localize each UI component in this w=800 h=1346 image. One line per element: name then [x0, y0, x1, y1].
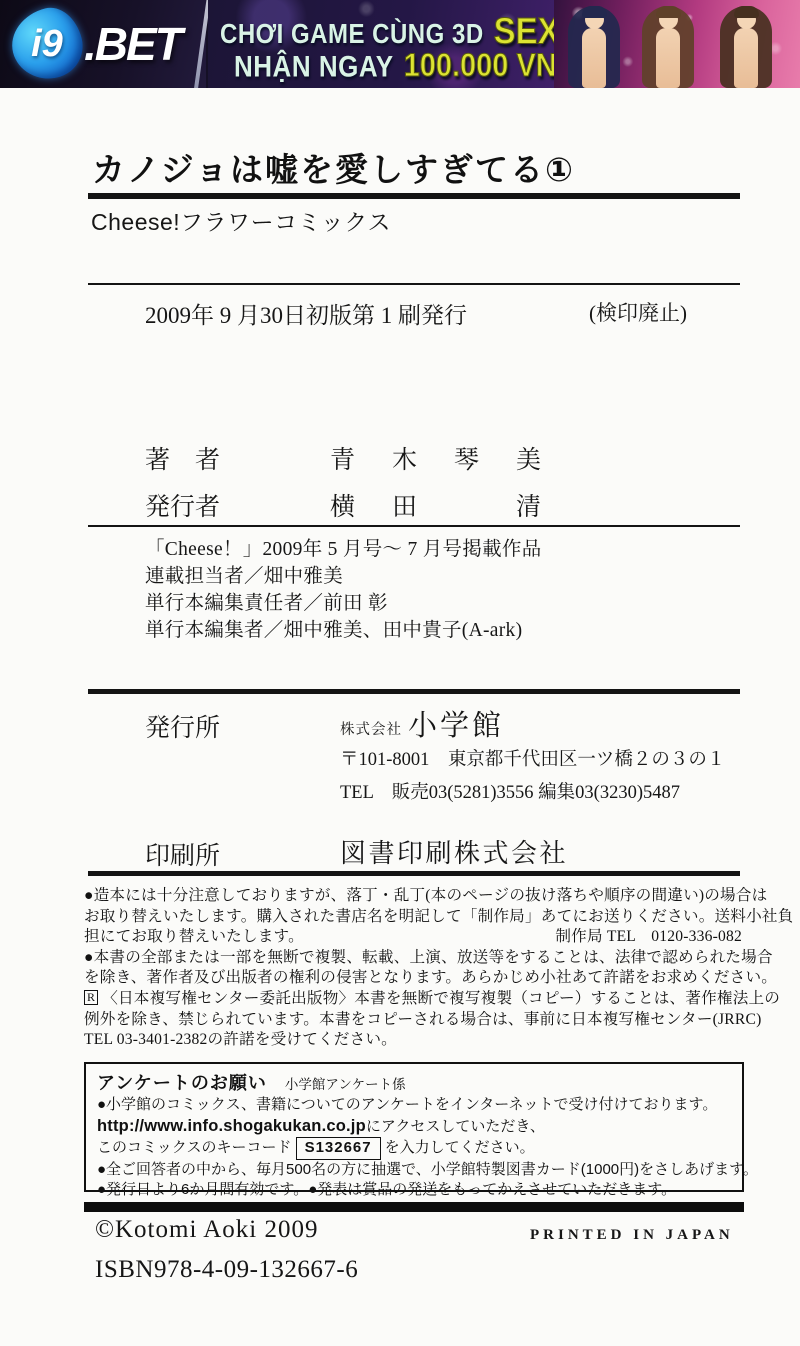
divider-thin-credits — [88, 525, 740, 527]
r-mark-icon: R — [84, 990, 98, 1005]
printed-in-japan: PRINTED IN JAPAN — [530, 1227, 734, 1244]
magazine-run: 「Cheese！」2009年 5 月号～ 7 月号掲載作品 — [145, 536, 542, 563]
series-label: Cheese!フラワーコミックス — [91, 204, 391, 237]
survey-box: アンケートのお願い 小学館アンケート係 ●小学館のコミックス、書籍についてのアン… — [84, 1062, 744, 1192]
divider-thick-publisher — [88, 689, 740, 694]
publisher-person-name: 横 田 清 — [330, 487, 547, 523]
legal-line: お取り替えいたします。購入された書店名を明記して「制作局」あてにお送りください。… — [84, 907, 746, 928]
keycode-post: を入力してください。 — [385, 1139, 535, 1156]
i9bet-logo-icon: i9 — [5, 2, 90, 87]
legal-line: R〈日本複写権センター委託出版物〉本書を無断で複写複製（コピー）することは、著作… — [84, 989, 746, 1010]
serial-editor: 連載担当者／畑中雅美 — [145, 563, 542, 590]
legal-line: 担にてお取り替えいたします。 制作局 TEL 0120-336-082 — [84, 927, 746, 948]
credit-author-row: 著 者 青 木 琴 美 — [145, 440, 547, 476]
promo-text-2: NHẬN NGAY — [234, 49, 394, 85]
divider-bar-footer — [84, 1202, 744, 1212]
print-date: 2009年 9 月30日初版第 1 刷発行 — [145, 297, 467, 330]
survey-url-tail: にアクセスしていただき、 — [366, 1118, 545, 1135]
colophon-page: i9 .BET CHƠI GAME CÙNG 3D SEXY GIRL NHẬN… — [0, 0, 800, 1346]
keycode-pre: このコミックスのキーコード — [97, 1139, 292, 1156]
survey-line-5: ●発行日より6か月間有効です。●発表は賞品の発送をもってかえさせていただきます。 — [97, 1180, 731, 1201]
legal-line: を除き、著作者及び出版者の権利の侵害となります。あらかじめ小社あて許諾をお求めく… — [84, 968, 746, 989]
ad-anime-girls-image[interactable] — [554, 0, 800, 88]
publisher-label: 発行所 — [145, 708, 220, 744]
legal-line: TEL 03-3401-2382の許諾を受けてください。 — [84, 1030, 746, 1051]
credit-publisher-row: 発行者 横 田 清 — [145, 487, 547, 523]
ad-promo-text-area[interactable]: CHƠI GAME CÙNG 3D SEXY GIRL NHẬN NGAY 10… — [208, 0, 560, 88]
print-date-row: 2009年 9 月30日初版第 1 刷発行 (検印廃止) — [145, 297, 745, 330]
survey-line-4: ●全ご回答者の中から、毎月500名の方に抽選で、小学館特製図書カード(1000円… — [97, 1160, 731, 1181]
ad-banner[interactable]: i9 .BET CHƠI GAME CÙNG 3D SEXY GIRL NHẬN… — [0, 0, 800, 88]
logo-i9-text: i9 — [31, 23, 63, 66]
anime-girl-figure — [638, 6, 700, 88]
legal-notice: ●造本には十分注意しておりますが、落丁・乱丁(本のページの抜け落ちや順序の間違い… — [84, 886, 746, 1051]
author-name: 青 木 琴 美 — [330, 440, 547, 476]
publisher-person-label: 発行者 — [145, 487, 330, 523]
company-name: 小学館 — [408, 703, 504, 744]
legal-line: ●本書の全部または一部を無断で複製、転載、上演、放送等をすることは、法律で認めら… — [84, 948, 746, 969]
legal-line: 例外を除き、禁じられています。本書をコピーされる場合は、事前に日本複写権センター… — [84, 1010, 746, 1031]
survey-title: アンケートのお願い — [97, 1069, 267, 1095]
author-label: 著 者 — [145, 440, 330, 476]
divider-thin-top — [88, 283, 740, 285]
seisaku-tel: 制作局 TEL 0120-336-082 — [555, 927, 742, 948]
keycode-value: S132667 — [296, 1137, 381, 1160]
printer-label: 印刷所 — [145, 836, 220, 872]
printer-name: 図書印刷株式会社 — [340, 833, 568, 870]
divider-thick-title — [88, 193, 740, 199]
anime-girl-figure — [716, 6, 778, 88]
volume-editors: 単行本編集者／畑中雅美、田中貴子(A-ark) — [145, 617, 542, 644]
book-title: カノジョは嘘を愛しすぎてる① — [92, 144, 575, 191]
promo-text-1: CHƠI GAME CÙNG 3D — [220, 19, 484, 51]
promo-text-amount: 100.000 VND — [404, 48, 578, 85]
ad-logo[interactable]: i9 .BET — [0, 0, 206, 88]
survey-subtitle: 小学館アンケート係 — [285, 1073, 406, 1093]
survey-line-1: ●小学館のコミックス、書籍についてのアンケートをインターネットで受け付けておりま… — [97, 1095, 731, 1116]
magazine-info: 「Cheese！」2009年 5 月号～ 7 月号掲載作品 連載担当者／畑中雅美… — [145, 536, 542, 644]
legal-line-text: 担にてお取り替えいたします。 — [84, 927, 304, 948]
divider-thick-legal — [88, 871, 740, 876]
legal-line-text: 〈日本複写権センター委託出版物〉本書を無断で複写複製（コピー）することは、著作権… — [102, 990, 780, 1007]
isbn-number: ISBN978-4-09-132667-6 — [95, 1256, 358, 1284]
legal-line: ●造本には十分注意しておりますが、落丁・乱丁(本のページの抜け落ちや順序の間違い… — [84, 886, 746, 907]
anime-girl-figure — [564, 6, 626, 88]
publisher-address: 〒101-8001 東京都千代田区一ツ橋２の３の１ — [340, 745, 725, 771]
copyright-text: ©Kotomi Aoki 2009 — [95, 1216, 319, 1244]
survey-url-link[interactable]: http://www.info.shogakukan.co.jp — [97, 1117, 366, 1135]
logo-bet-text: .BET — [84, 17, 181, 71]
print-note: (検印廃止) — [589, 297, 687, 330]
company-prefix: 株式会社 — [340, 718, 402, 739]
publisher-tel: TEL 販売03(5281)3556 編集03(3230)5487 — [340, 778, 680, 804]
volume-chief-editor: 単行本編集責任者／前田 彰 — [145, 590, 542, 617]
